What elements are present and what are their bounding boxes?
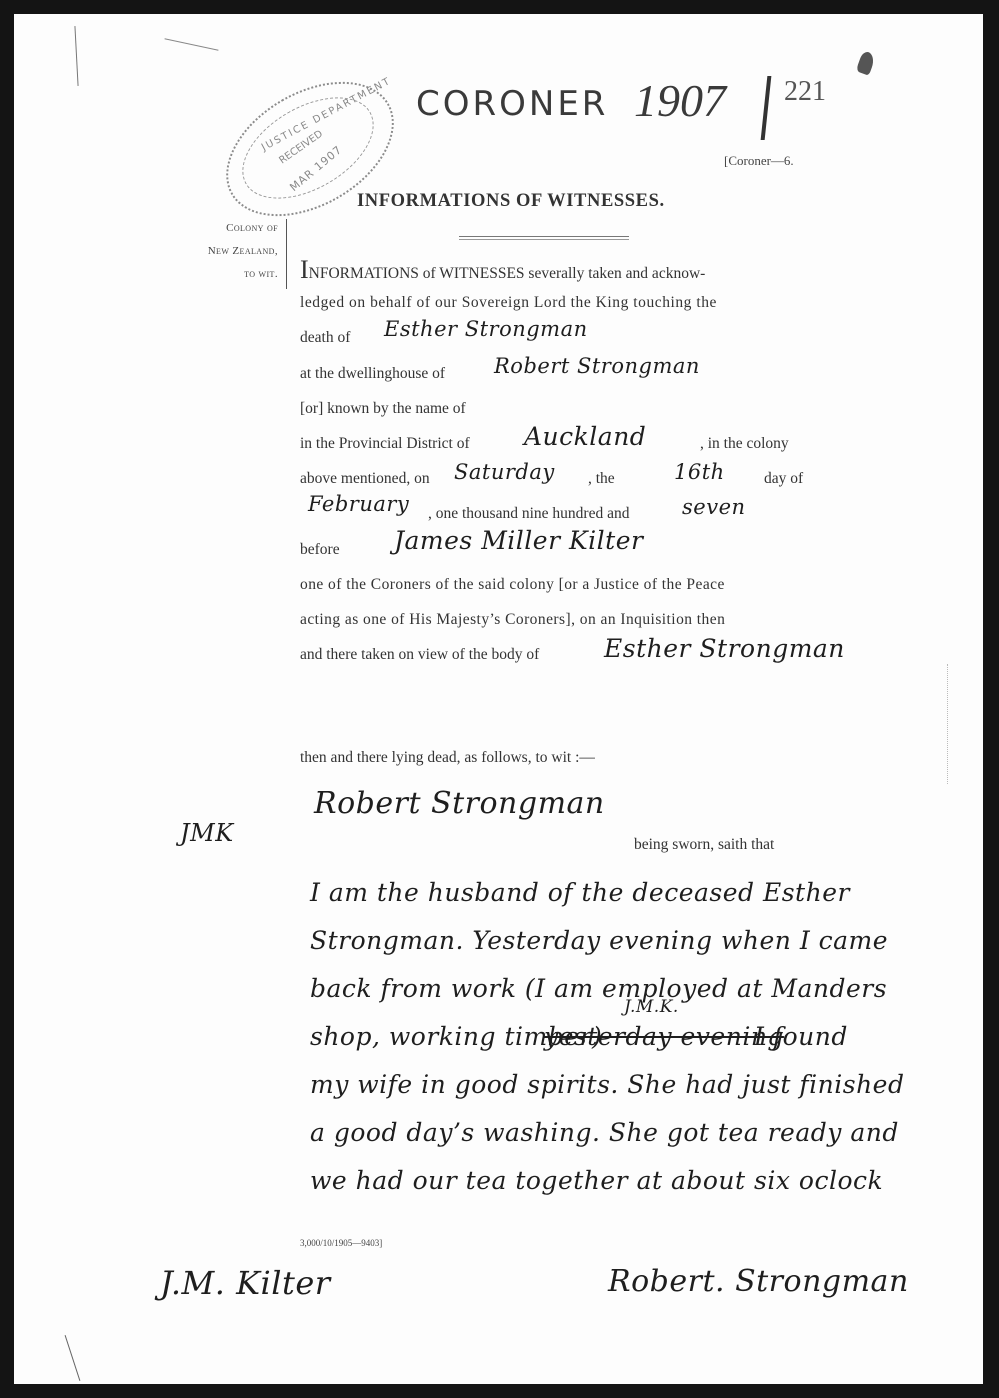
folio-number: 221: [784, 76, 826, 108]
testimony-line: Strongman. Yesterday evening when I came: [310, 926, 888, 955]
testimony-line: we had our tea together at about six ocl…: [310, 1166, 883, 1195]
form-reference: [Coroner—6.: [724, 153, 794, 169]
form-text: ledged on behalf of our Sovereign Lord t…: [300, 294, 717, 312]
file-year: 1907: [634, 74, 726, 127]
before-label: before: [300, 541, 340, 559]
colony-block: Colony of New Zealand, to wit.: [198, 217, 278, 286]
testimony-line: a good day’s washing. She got tea ready …: [310, 1118, 899, 1147]
district-field: Auckland: [524, 422, 646, 451]
day-of-label: day of: [764, 470, 803, 488]
margin-initials: JMK: [180, 819, 234, 847]
form-text: NFORMATIONS of WITNESSES severally taken…: [309, 265, 706, 282]
dwelling-owner-field: Robert Strongman: [494, 354, 700, 378]
form-text: acting as one of His Majesty’s Coroners]…: [300, 611, 725, 629]
death-of-label: death of: [300, 329, 350, 347]
title-divider: [459, 236, 629, 240]
colony-line: New Zealand,: [198, 240, 278, 263]
above-mentioned-label: above mentioned, on: [300, 470, 430, 488]
year-word-field: seven: [682, 495, 746, 519]
form-intro-line: INFORMATIONS of WITNESSES severally take…: [300, 261, 805, 283]
sworn-label: being sworn, saith that: [634, 836, 774, 854]
margin-pen-stroke: [65, 1335, 81, 1381]
testimony-struck-text: yesterday evening: [544, 1022, 784, 1051]
margin-pen-stroke: [74, 26, 78, 86]
weekday-field: Saturday: [454, 460, 555, 484]
body-of-label: and there taken on view of the body of: [300, 646, 539, 664]
colony-line: to wit.: [198, 263, 278, 286]
month-field: February: [308, 492, 409, 516]
day-field: 16th: [674, 460, 725, 484]
coroner-file-label: CORONER: [416, 84, 608, 124]
body-name-field: Esther Strongman: [604, 634, 845, 663]
testimony-insertion: J.M.K.: [624, 997, 679, 1017]
form-text: one of the Coroners of the said colony […: [300, 576, 725, 594]
print-code: 3,000/10/1905—9403]: [300, 1238, 382, 1248]
coroner-name-field: James Miller Kilter: [394, 526, 643, 555]
witness-name-field: Robert Strongman: [314, 786, 605, 821]
testimony-line: back from work (I am employed at Manders: [310, 974, 887, 1003]
margin-speckle: [947, 664, 949, 784]
dwelling-label: at the dwellinghouse of: [300, 365, 445, 383]
document-page: JUSTICE DEPARTMENT RECEIVED MAR 1907 COR…: [14, 14, 983, 1384]
district-label: in the Provincial District of: [300, 435, 470, 453]
file-slash: [761, 76, 772, 140]
testimony-line: my wife in good spirits. She had just fi…: [310, 1070, 904, 1099]
known-by-label: [or] known by the name of: [300, 400, 466, 418]
the-label: , the: [588, 470, 615, 488]
form-text: then and there lying dead, as follows, t…: [300, 749, 595, 767]
colony-suffix: , in the colony: [700, 435, 789, 453]
witness-signature: Robert. Strongman: [608, 1264, 909, 1299]
year-text: , one thousand nine hundred and: [428, 505, 629, 523]
deceased-name-field: Esther Strongman: [384, 317, 588, 341]
page-title: INFORMATIONS OF WITNESSES.: [357, 191, 665, 212]
testimony-line-end: I found: [754, 1022, 848, 1051]
colony-line: Colony of: [198, 217, 278, 240]
coroner-signature: J.M. Kilter: [160, 1264, 331, 1302]
ink-blot: [856, 50, 877, 75]
margin-pen-stroke: [164, 38, 218, 50]
drop-initial: I: [300, 255, 309, 284]
colony-brace: [286, 219, 293, 289]
testimony-line: I am the husband of the deceased Esther: [310, 878, 850, 907]
